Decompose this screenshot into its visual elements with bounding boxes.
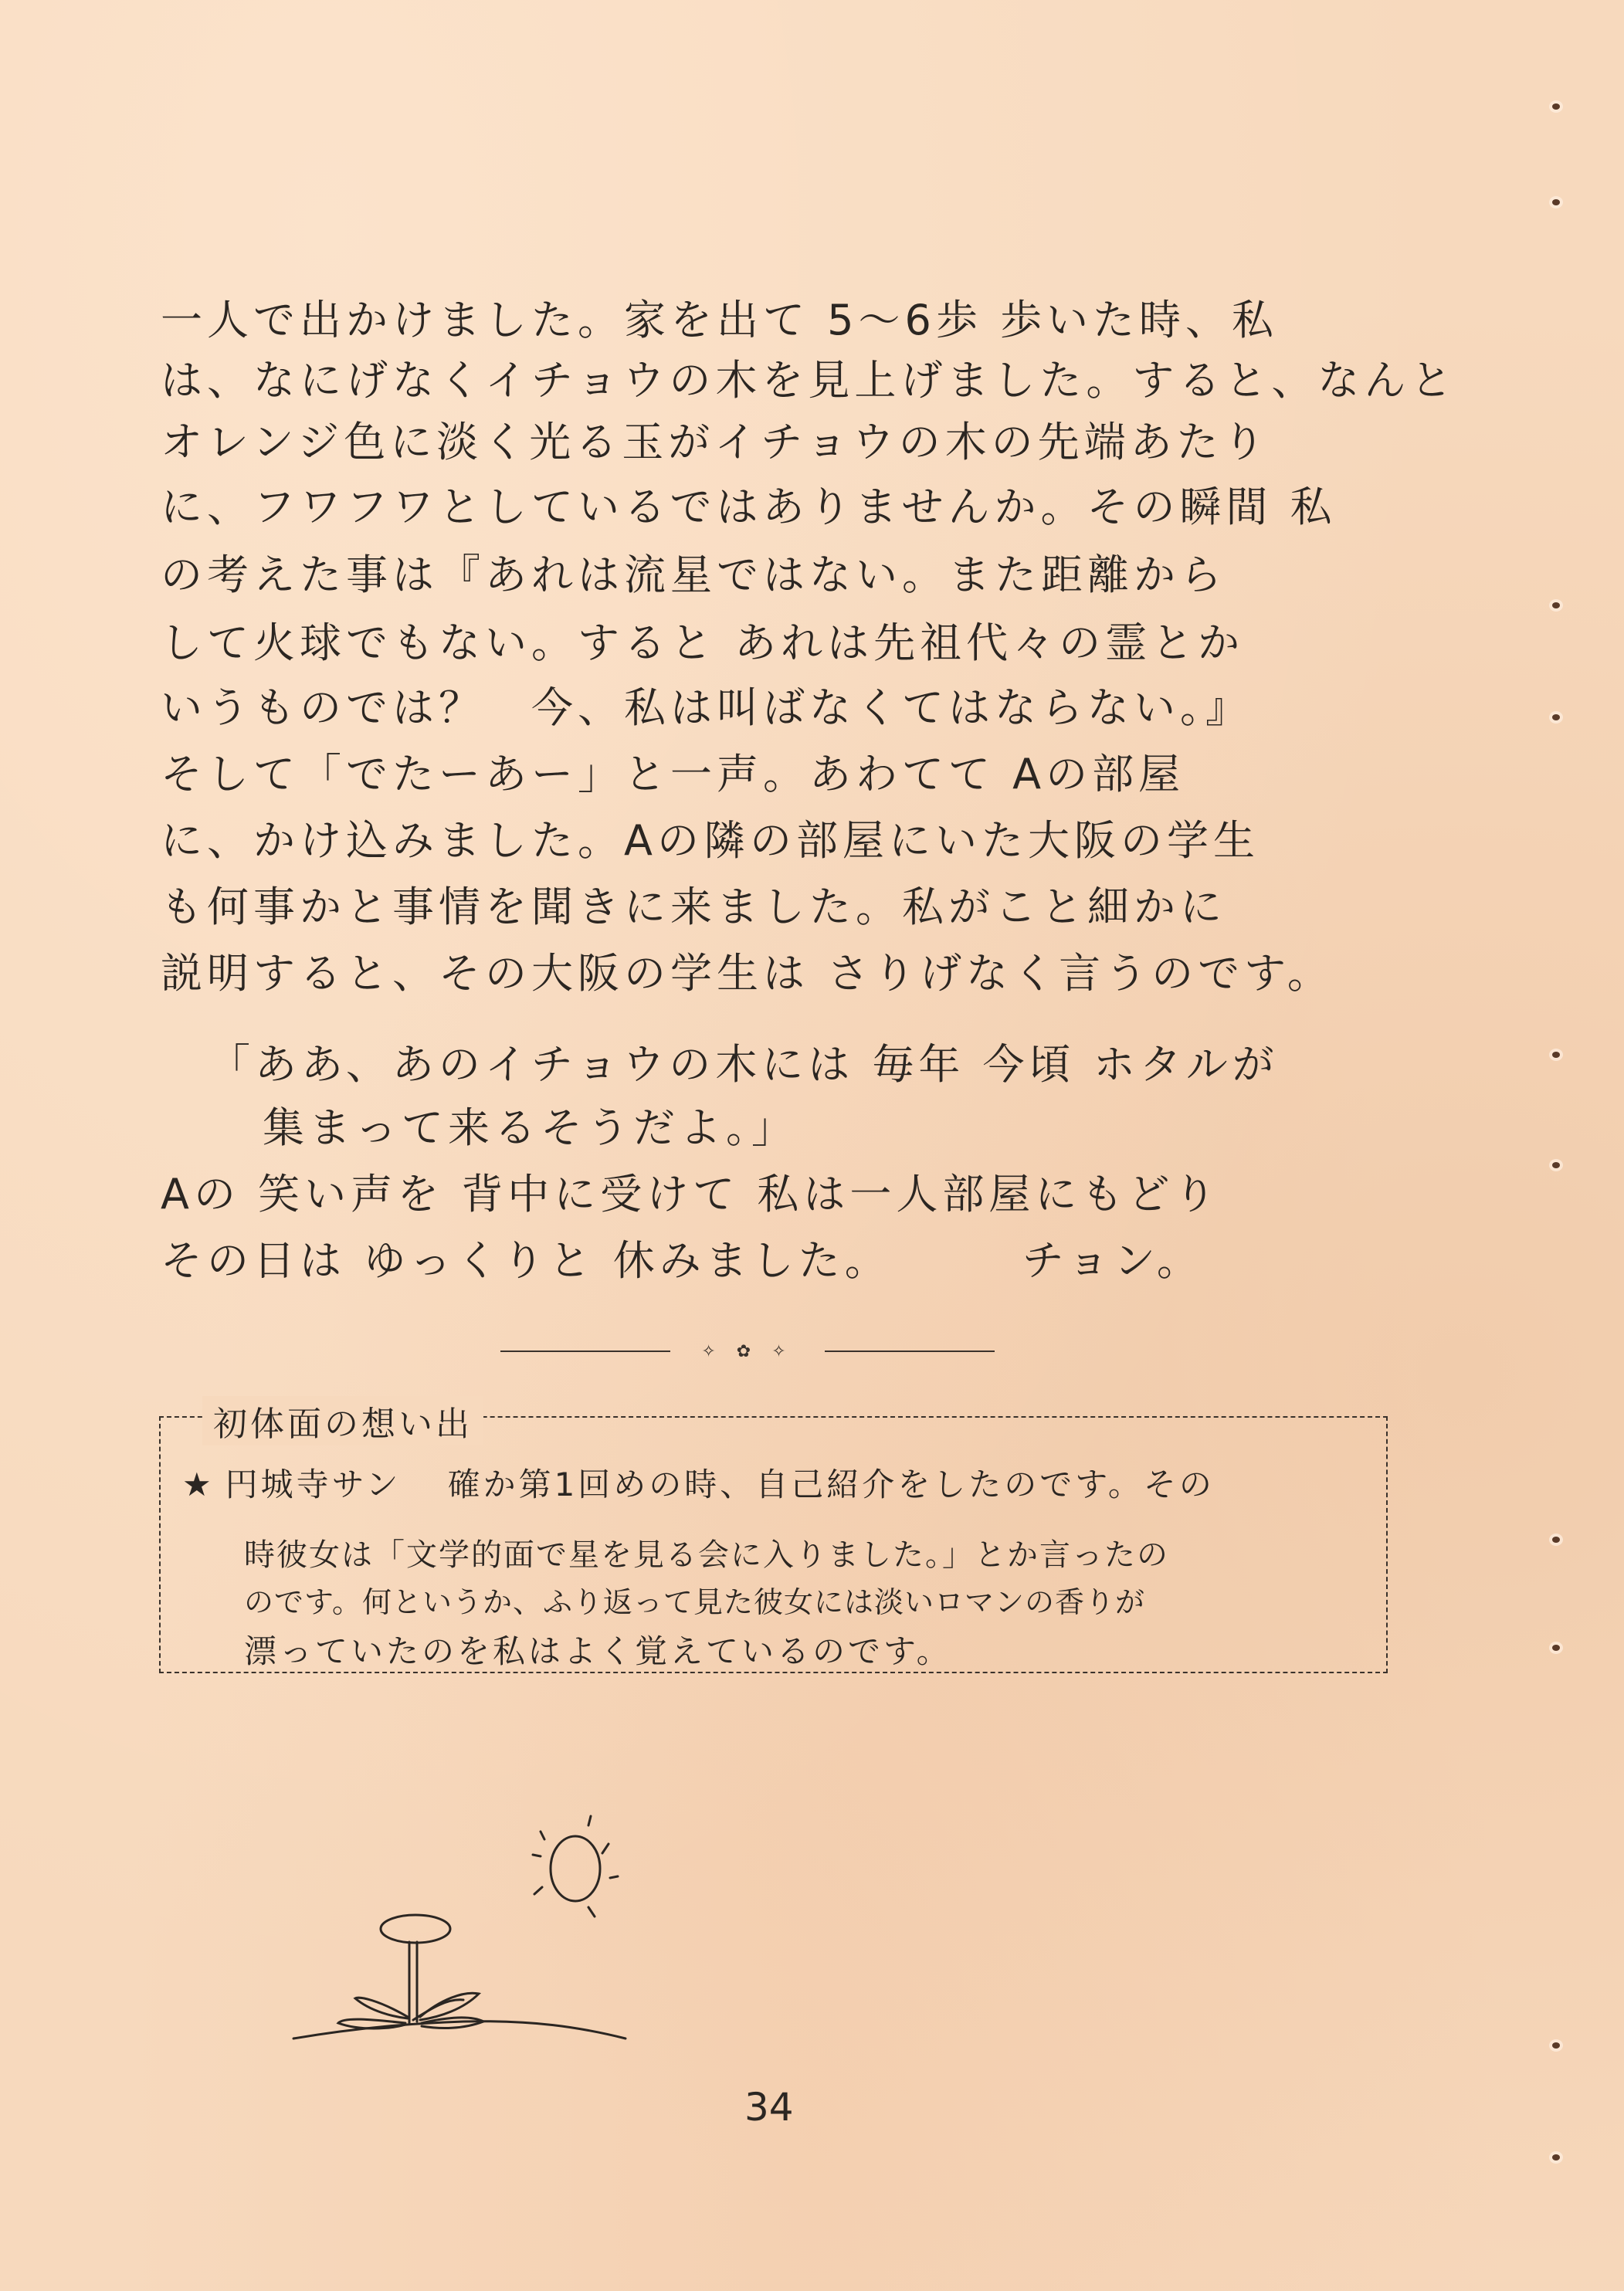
binding-hole bbox=[1552, 2042, 1560, 2049]
star-icon: ★ bbox=[182, 1466, 215, 1503]
binding-hole bbox=[1552, 714, 1560, 720]
page-number: 34 bbox=[744, 2085, 794, 2130]
binding-hole bbox=[1552, 1162, 1560, 1168]
quote-line: 集まって来るそうだよ。」 bbox=[263, 1107, 798, 1149]
binding-hole bbox=[1552, 1645, 1560, 1651]
memory-box-title: 初体面の想い出 bbox=[202, 1396, 483, 1445]
binding-hole bbox=[1552, 1537, 1560, 1543]
binding-hole bbox=[1552, 199, 1560, 205]
divider-rule bbox=[825, 1351, 995, 1352]
quote-line: 「ああ、あのイチョウの木には 毎年 今頃 ホタルが bbox=[209, 1044, 1279, 1086]
plant-icon bbox=[338, 1915, 483, 2028]
document-page: 一人で出かけました。家を出て 5～6歩 歩いた時、私 は、なにげなくイチョウの木… bbox=[0, 0, 1624, 2291]
memory-box-line: 時彼女は「文学的面で星を見る会に入りました。」とか言ったの bbox=[244, 1530, 1169, 1574]
divider-rule bbox=[500, 1351, 670, 1352]
body-line: 説明すると、その大阪の学生は さりげなく言うのです。 bbox=[161, 953, 1334, 995]
closing-line: その日は ゆっくりと 休みました。チョン。 bbox=[161, 1240, 1203, 1282]
closing-text: その日は ゆっくりと 休みました。 bbox=[161, 1236, 891, 1285]
signature: チョン。 bbox=[1022, 1236, 1203, 1285]
closing-line: Aの 笑い声を 背中に受けて 私は一人部屋にもどり bbox=[161, 1174, 1220, 1215]
memory-box-line: ★円城寺サン確か第1回めの時、自己紹介をしたのです。その bbox=[182, 1459, 1215, 1506]
body-line: も何事かと事情を聞きに来ました。私がこと細かに bbox=[161, 886, 1226, 928]
body-line: 一人で出かけました。家を出て 5～6歩 歩いた時、私 bbox=[161, 300, 1278, 341]
binding-hole bbox=[1552, 2154, 1560, 2161]
body-line: は、なにげなくイチョウの木を見上げました。すると、なんと bbox=[161, 360, 1456, 402]
flower-ornament-icon: ✧ ✿ ✧ bbox=[701, 1342, 793, 1361]
body-line: そして「でたーあー」と一声。あわてて Aの部屋 bbox=[161, 754, 1185, 795]
sun-icon bbox=[533, 1816, 618, 1917]
binding-hole bbox=[1552, 602, 1560, 608]
binding-hole bbox=[1552, 1052, 1560, 1058]
person-name: 円城寺サン bbox=[225, 1466, 402, 1503]
body-line: に、フワフワとしているではありませんか。その瞬間 私 bbox=[161, 486, 1337, 528]
memory-box-line: のです。何というか、ふり返って見た彼女には淡いロマンの香りが bbox=[244, 1578, 1145, 1621]
memory-box-line: 漂っていたのを私はよく覚えているのです。 bbox=[244, 1626, 952, 1672]
body-line: オレンジ色に淡く光る玉がイチョウの木の先端あたり bbox=[161, 422, 1270, 463]
binding-hole bbox=[1552, 103, 1560, 110]
memory-text: 確か第1回めの時、自己紹介をしたのです。その bbox=[448, 1466, 1215, 1503]
body-line: に、かけ込みました。Aの隣の部屋にいた大阪の学生 bbox=[161, 820, 1260, 862]
sun-and-plant-illustration bbox=[286, 1791, 687, 2046]
body-line: の考えた事は『あれは流星ではない。また距離から bbox=[161, 554, 1226, 596]
body-line: いうものでは？ 今、私は叫ばなくてはならない。』 bbox=[161, 687, 1252, 729]
section-divider: ✧ ✿ ✧ bbox=[500, 1340, 995, 1363]
body-line: して火球でもない。すると あれは先祖代々の霊とか bbox=[161, 622, 1244, 664]
